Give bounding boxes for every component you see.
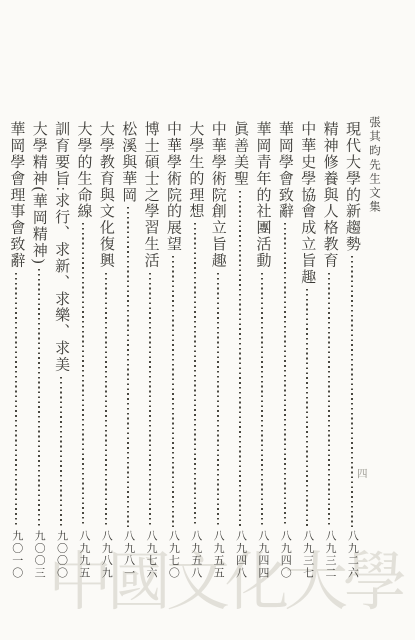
scanned-toc-page: 中國文化大學 張其昀先生文集 四 現代大學的新趨勢 八九二六 精神修養與人格教育…: [0, 0, 415, 640]
toc-entry-title: 松溪與華岡: [118, 121, 138, 203]
toc-entry-title: 華岡學會致辭: [275, 121, 295, 219]
toc-entry-page: 八九二六: [346, 530, 357, 579]
toc-entry-page: 八九八一: [123, 530, 134, 579]
toc-entry-page: 八九九五: [78, 530, 89, 579]
toc-entry-title: 大學教育與文化復興: [96, 121, 116, 269]
toc-entry: 大學精神(華岡精神) 九〇〇三: [27, 121, 49, 579]
dotted-leader: [194, 223, 196, 527]
toc-entry-title: 現代大學的新趨勢: [342, 121, 362, 252]
toc-entry-page: 九〇〇三: [33, 530, 44, 579]
toc-entry-title: 中華史學協會成立旨趣: [297, 121, 317, 285]
dotted-leader: [306, 289, 308, 527]
dotted-leader: [328, 273, 330, 528]
toc-entry-title: 中華學術院的展望: [163, 121, 183, 252]
toc-entry: 博士碩士之學習生活 八九七六: [139, 121, 161, 579]
toc-entry-title: 大學生的理想: [185, 121, 205, 219]
toc-entry-page: 八九五五: [212, 530, 223, 579]
toc-entry: 大學的生命線 八九九五: [72, 121, 94, 579]
dotted-leader: [284, 223, 286, 527]
toc-list: 現代大學的新趨勢 八九二六 精神修養與人格教育 八九三二 中華史學協會成立旨趣 …: [5, 121, 363, 579]
toc-entry: 精神修養與人格教育 八九三二: [318, 121, 340, 579]
toc-entry-page: 八九三二: [324, 530, 335, 579]
dotted-leader: [149, 273, 151, 528]
toc-entry-page: 八九八九: [100, 530, 111, 579]
toc-entry: 松溪與華岡 八九八一: [117, 121, 139, 579]
dotted-leader: [60, 377, 62, 528]
toc-entry-title: 中華學術院創立旨趣: [207, 121, 227, 269]
toc-entry: 華岡學會理事會致辭 九〇一〇: [5, 121, 27, 579]
toc-entry-title: 大學精神(華岡精神): [28, 121, 48, 265]
dotted-leader: [15, 273, 17, 528]
dotted-leader: [38, 269, 40, 527]
dotted-leader: [261, 273, 263, 528]
toc-entry-title: 大學的生命線: [73, 121, 93, 219]
book-title: 張其昀先生文集: [366, 116, 382, 215]
toc-entry-page: 八九三七: [302, 530, 313, 579]
toc-entry: 華岡學會致辭 八九四〇: [274, 121, 296, 579]
toc-entry: 中華史學協會成立旨趣 八九三七: [296, 121, 318, 579]
dotted-leader: [351, 256, 353, 527]
dotted-leader: [172, 256, 174, 527]
toc-entry-title: 訓育要旨:求行、求新、求樂、求美: [51, 121, 71, 373]
toc-entry-title: 精神修養與人格教育: [319, 121, 339, 269]
toc-entry: 大學生的理想 八九五八: [184, 121, 206, 579]
toc-entry: 訓育要旨:求行、求新、求樂、求美 九〇〇〇: [50, 121, 72, 579]
toc-entry-page: 八九五八: [190, 530, 201, 579]
toc-entry-page: 九〇一〇: [11, 530, 22, 579]
toc-entry-title: 華岡青年的社團活動: [252, 121, 272, 269]
toc-entry-page: 八九四〇: [279, 530, 290, 579]
toc-entry: 中華學術院創立旨趣 八九五五: [206, 121, 228, 579]
toc-entry-title: 華岡學會理事會致辭: [6, 121, 26, 269]
dotted-leader: [239, 191, 241, 528]
toc-entry-title: 眞善美聖: [230, 121, 250, 187]
toc-entry-page: 八九七〇: [167, 530, 178, 579]
dotted-leader: [105, 273, 107, 528]
toc-entry-page: 八九四八: [234, 530, 245, 579]
toc-entry: 現代大學的新趨勢 八九二六: [341, 121, 363, 579]
toc-entry: 大學教育與文化復興 八九八九: [95, 121, 117, 579]
toc-entry-page: 九〇〇〇: [55, 530, 66, 579]
toc-entry: 中華學術院的展望 八九七〇: [162, 121, 184, 579]
dotted-leader: [127, 207, 129, 527]
toc-entry-page: 八九七六: [145, 530, 156, 579]
dotted-leader: [217, 273, 219, 528]
toc-entry: 眞善美聖 八九四八: [229, 121, 251, 579]
toc-entry-title: 博士碩士之學習生活: [140, 121, 160, 269]
toc-entry: 華岡青年的社團活動 八九四四: [251, 121, 273, 579]
dotted-leader: [82, 223, 84, 527]
toc-entry-page: 八九四四: [257, 530, 268, 579]
